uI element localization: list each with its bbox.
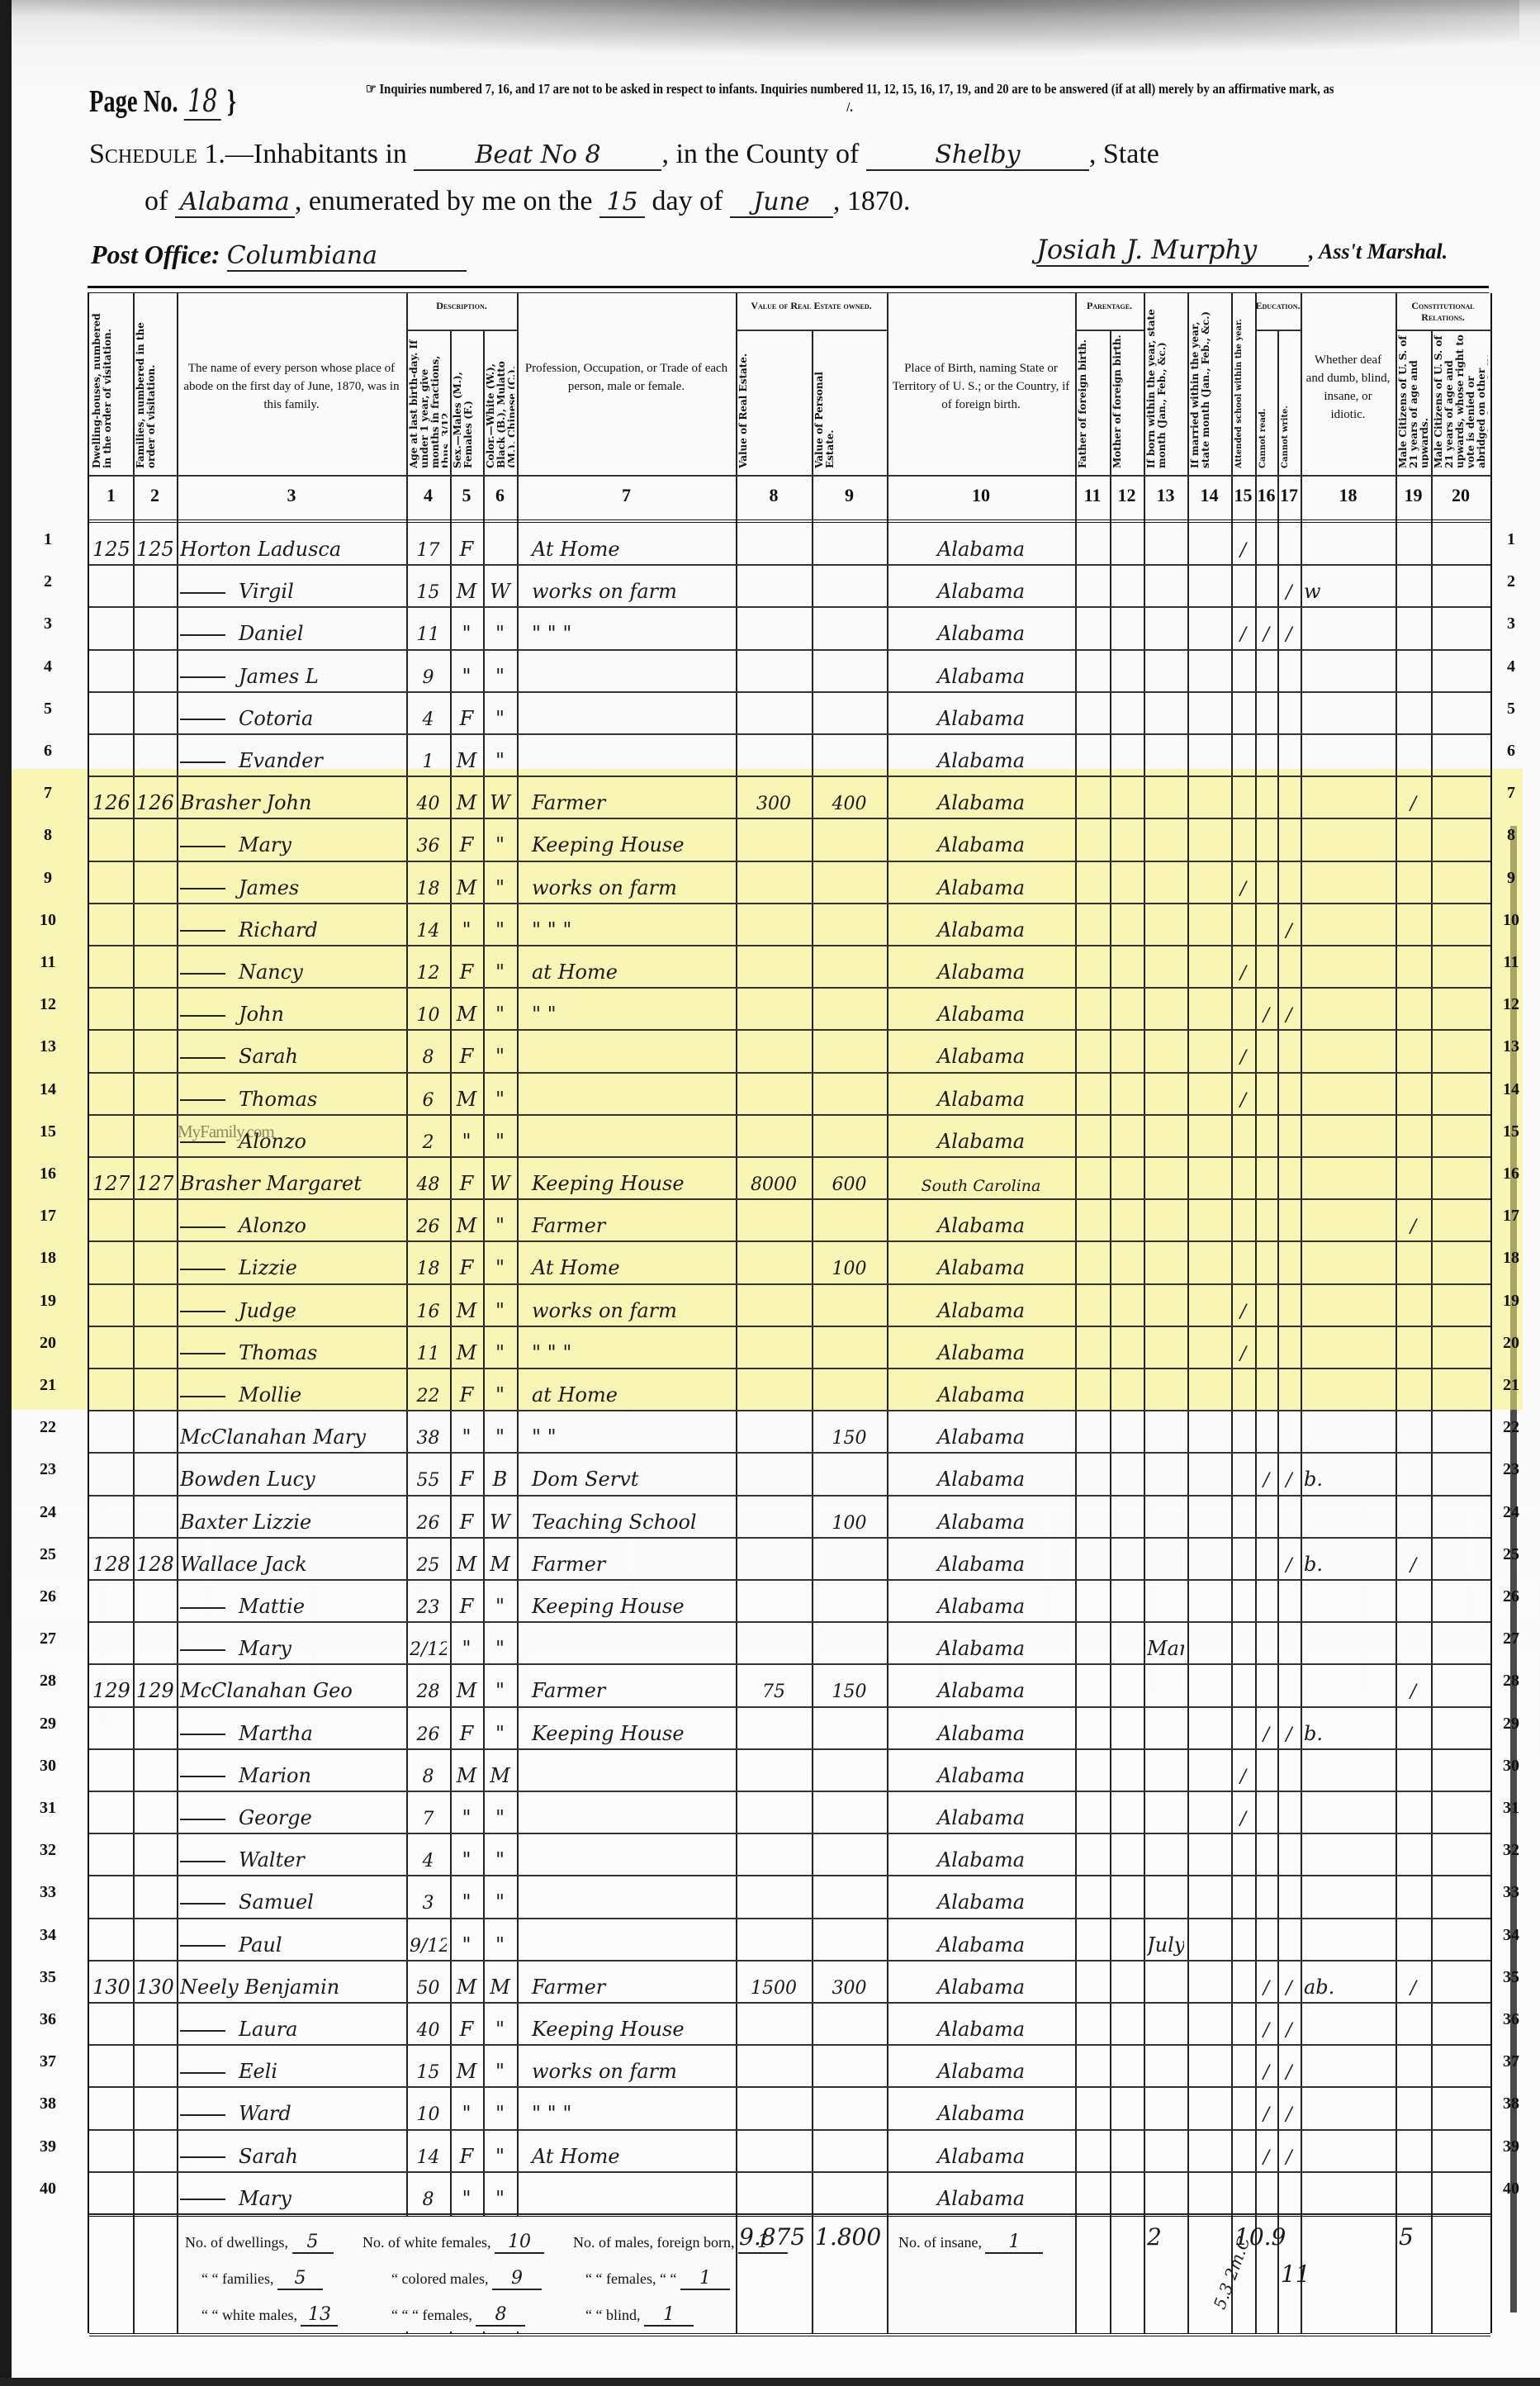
cell-name: Mary bbox=[180, 2187, 403, 2210]
place-value: Beat No 8 bbox=[414, 140, 661, 171]
margin-scrawl: 5.3 2m.C bbox=[1210, 2234, 1254, 2312]
line-number-right: 5 bbox=[1495, 700, 1528, 719]
line-number-left: 29 bbox=[31, 1715, 64, 1734]
given-name: Virgil bbox=[239, 580, 294, 603]
line-number-left: 39 bbox=[31, 2137, 64, 2156]
cell-occupation: " " " bbox=[520, 918, 744, 942]
footer-colored-females-label: “ “ “ females, bbox=[391, 2307, 476, 2323]
cell-birthplace: Alabama bbox=[890, 1806, 1072, 1829]
table-row: 130130Neely Benjamin50MMFarmer1500300Ala… bbox=[89, 1960, 1490, 2002]
cell-name: Mary bbox=[180, 833, 403, 856]
line-number-right: 19 bbox=[1495, 1292, 1528, 1311]
ditto-dash bbox=[180, 761, 225, 763]
line-number-right: 10 bbox=[1495, 911, 1528, 930]
column-number-8: 8 bbox=[736, 485, 812, 506]
footer-white-males-label: “ “ white males, bbox=[201, 2307, 301, 2323]
cell-birthplace: Alabama bbox=[890, 918, 1072, 942]
table-row: Bowden Lucy55FBDom ServtAlabama//b. bbox=[89, 1452, 1490, 1494]
cell-birthplace: Alabama bbox=[890, 1848, 1072, 1871]
ditto-dash bbox=[180, 1861, 225, 1862]
ditto-dash bbox=[180, 634, 225, 636]
line-number-right: 8 bbox=[1495, 826, 1528, 845]
given-name: Marion bbox=[239, 1764, 311, 1787]
line-number-left: 26 bbox=[31, 1587, 64, 1606]
cell-occupation: Dom Servt bbox=[520, 1468, 744, 1491]
cell-sex: " bbox=[453, 1130, 480, 1153]
cell-color: " bbox=[486, 1088, 514, 1111]
given-name: Evander bbox=[239, 749, 323, 772]
day-of-label: day of bbox=[652, 186, 723, 216]
cell-sex: F bbox=[453, 961, 480, 984]
cell-color: " bbox=[486, 1933, 514, 1957]
line-number-left: 8 bbox=[31, 826, 64, 845]
cell-color: " bbox=[486, 2187, 514, 2210]
cell-color: " bbox=[486, 1848, 514, 1871]
colored-females-count: 8 bbox=[476, 2304, 525, 2327]
cell-school: / bbox=[1234, 1090, 1252, 1111]
table-row: Eeli15M"works on farmAlabama// bbox=[89, 2044, 1490, 2086]
given-name: Sarah bbox=[239, 1045, 298, 1068]
cell-occupation: works on farm bbox=[520, 2060, 744, 2083]
column-number-14: 14 bbox=[1187, 485, 1231, 506]
table-row: Richard14""" " "Alabama/ bbox=[89, 903, 1490, 945]
cell-sex: F bbox=[453, 707, 480, 730]
females-foreign-count: 1 bbox=[680, 2268, 730, 2290]
cell-birthplace: Alabama bbox=[890, 622, 1072, 645]
cell-color: " bbox=[486, 1383, 514, 1406]
table-row: Marion8MMAlabama/ bbox=[89, 1748, 1490, 1791]
cell-school: / bbox=[1234, 624, 1252, 645]
line-number-left: 36 bbox=[31, 2010, 64, 2029]
cell-birthplace: Alabama bbox=[890, 1214, 1072, 1237]
cell-color: " bbox=[486, 2145, 514, 2168]
column-header-5: Sex.—Males (M.), Females (F.) bbox=[453, 334, 481, 468]
line-number-right: 9 bbox=[1495, 869, 1528, 888]
cell-color: " bbox=[486, 1679, 514, 1702]
cell-birthplace: Alabama bbox=[890, 833, 1072, 856]
line-number-right: 7 bbox=[1495, 784, 1528, 803]
cell-color: M bbox=[486, 1976, 514, 1999]
cell-school: / bbox=[1234, 1302, 1252, 1322]
group-header-value: Value of Real Estate owned. bbox=[736, 300, 887, 311]
table-row: Thomas6M"Alabama/ bbox=[89, 1072, 1490, 1114]
group-header-description: Description. bbox=[406, 300, 517, 311]
cell-age: 11 bbox=[410, 1344, 447, 1364]
cell-occupation: Farmer bbox=[520, 1214, 744, 1237]
cell-sex: M bbox=[453, 1976, 480, 1999]
families-count: 5 bbox=[277, 2268, 323, 2290]
line-number-right: 30 bbox=[1495, 1757, 1528, 1776]
cell-age: 12 bbox=[410, 963, 447, 984]
table-row: Evander1M"Alabama bbox=[89, 733, 1490, 776]
cell-sex: F bbox=[453, 1383, 480, 1406]
line-number-left: 20 bbox=[31, 1334, 64, 1353]
line-number-right: 32 bbox=[1495, 1841, 1528, 1860]
cell-color: W bbox=[486, 580, 514, 603]
footer-families-label: “ “ families, bbox=[201, 2270, 277, 2287]
cell-color: " bbox=[486, 1341, 514, 1364]
cell-sex: F bbox=[453, 1722, 480, 1745]
cell-occupation: At Home bbox=[520, 1256, 744, 1279]
table-row: 127127Brasher Margaret48FWKeeping House8… bbox=[89, 1156, 1490, 1198]
table-row: Mary36F"Keeping HouseAlabama bbox=[89, 818, 1490, 860]
cell-color: W bbox=[486, 791, 514, 814]
footer-females-foreign: “ “ females, “ “ 1 bbox=[585, 2268, 730, 2290]
cell-personal: 300 bbox=[815, 1978, 884, 1999]
line-number-left: 14 bbox=[31, 1080, 64, 1099]
cell-age: 3 bbox=[410, 1893, 447, 1914]
cell-color: " bbox=[486, 2018, 514, 2041]
schedule-label: Schedule 1. bbox=[89, 139, 225, 169]
cell-born_month: July bbox=[1147, 1933, 1184, 1957]
cell-birthplace: Alabama bbox=[890, 2102, 1072, 2125]
cell-occupation: " " bbox=[520, 1425, 744, 1449]
cell-cannot_read: / bbox=[1258, 1978, 1274, 1999]
cell-color: " bbox=[486, 1256, 514, 1279]
cell-birthplace: Alabama bbox=[890, 1511, 1072, 1534]
page-number-label: Page No. bbox=[89, 84, 178, 119]
column-number-11: 11 bbox=[1075, 485, 1110, 506]
table-row: McClanahan Mary38""" "150Alabama bbox=[89, 1410, 1490, 1452]
footer-colored-females: “ “ “ females, 8 bbox=[391, 2304, 525, 2327]
ditto-dash bbox=[180, 2114, 225, 2116]
footer-females-foreign-label: “ “ females, “ “ bbox=[585, 2270, 680, 2287]
cell-age: 4 bbox=[410, 1851, 447, 1871]
cell-name: Mattie bbox=[180, 1595, 403, 1618]
cell-sex: F bbox=[453, 2018, 480, 2041]
cell-family: 129 bbox=[136, 1679, 173, 1702]
cell-birthplace: Alabama bbox=[890, 2018, 1072, 2041]
ditto-dash bbox=[180, 930, 225, 932]
line-number-left: 23 bbox=[31, 1460, 64, 1479]
cell-name: Wallace Jack bbox=[180, 1553, 403, 1576]
cell-color: " bbox=[486, 918, 514, 942]
line-number-left: 18 bbox=[31, 1249, 64, 1268]
line-number-right: 1 bbox=[1495, 530, 1528, 549]
cell-age: 6 bbox=[410, 1090, 447, 1111]
cell-school: / bbox=[1234, 963, 1252, 984]
given-name: Mary bbox=[239, 2187, 291, 2210]
given-name: Mary bbox=[239, 833, 291, 856]
cell-color: " bbox=[486, 665, 514, 688]
column-header-2: Families, numbered in the order of visit… bbox=[135, 300, 174, 468]
cell-sex: F bbox=[453, 1468, 480, 1491]
cell-sex: M bbox=[453, 749, 480, 772]
table-row: 129129McClanahan Geo28M"Farmer75150Alaba… bbox=[89, 1663, 1490, 1705]
group-underline bbox=[1395, 330, 1490, 331]
cell-name: Thomas bbox=[180, 1088, 403, 1111]
cell-age: 8 bbox=[410, 1767, 447, 1787]
cell-real: 8000 bbox=[739, 1174, 808, 1195]
line-number-left: 34 bbox=[31, 1926, 64, 1945]
cell-personal: 100 bbox=[815, 1513, 884, 1534]
cell-personal: 400 bbox=[815, 794, 884, 814]
line-number-left: 15 bbox=[31, 1122, 64, 1141]
cell-cannot_write: / bbox=[1281, 1005, 1297, 1026]
ditto-dash bbox=[180, 973, 225, 975]
cell-age: 15 bbox=[410, 582, 447, 603]
line-number-right: 27 bbox=[1495, 1629, 1528, 1648]
ditto-dash bbox=[180, 592, 225, 594]
cell-occupation: works on farm bbox=[520, 580, 744, 603]
cell-sex: " bbox=[453, 2187, 480, 2210]
footer-bottom-rule bbox=[89, 2333, 1490, 2336]
cell-name: Sarah bbox=[180, 1045, 403, 1068]
line-number-left: 22 bbox=[31, 1418, 64, 1437]
census-page: Page No. 18 } ☞ Inquiries numbered 7, 16… bbox=[0, 0, 1540, 2386]
cell-name: John bbox=[180, 1003, 403, 1026]
line-number-right: 18 bbox=[1495, 1249, 1528, 1268]
cell-occupation: " " " bbox=[520, 1341, 744, 1364]
ditto-dash bbox=[180, 1649, 225, 1651]
column-header-20: Male Citizens of U. S. of 21 years of ag… bbox=[1433, 334, 1488, 468]
post-office-line: Post Office: Columbiana bbox=[91, 240, 467, 272]
given-name: Eeli bbox=[239, 2060, 277, 2083]
scan-border-left bbox=[0, 0, 12, 2386]
cell-name: Thomas bbox=[180, 1341, 403, 1364]
cell-birthplace: South Carolina bbox=[890, 1177, 1072, 1195]
given-name: Thomas bbox=[239, 1088, 317, 1111]
ditto-dash bbox=[180, 1903, 225, 1905]
line-number-right: 4 bbox=[1495, 657, 1528, 676]
cell-birthplace: Alabama bbox=[890, 1088, 1072, 1111]
ditto-dash bbox=[180, 1099, 225, 1101]
cell-dwelling: 130 bbox=[92, 1976, 130, 1999]
cell-birthplace: Alabama bbox=[890, 876, 1072, 899]
cell-age: 2 bbox=[410, 1132, 447, 1153]
cell-age: 14 bbox=[410, 2147, 447, 2168]
ditto-dash bbox=[180, 1141, 225, 1143]
column-header-18: Whether deaf and dumb, blind, insane, or… bbox=[1305, 351, 1391, 424]
cell-sex: " bbox=[453, 2102, 480, 2125]
cell-school: / bbox=[1234, 1767, 1252, 1787]
cell-age: 40 bbox=[410, 794, 447, 814]
column-header-1: Dwelling-houses, numbered in the order o… bbox=[92, 300, 130, 468]
cell-name: Bowden Lucy bbox=[180, 1468, 403, 1491]
footer-colored-males: “ colored males, 9 bbox=[391, 2268, 542, 2290]
line-number-left: 37 bbox=[31, 2052, 64, 2071]
cell-name: Horton Ladusca bbox=[180, 538, 403, 561]
cell-cannot_write: / bbox=[1281, 1470, 1297, 1491]
cell-cannot_read: / bbox=[1258, 2104, 1274, 2125]
given-name: Alonzo bbox=[239, 1130, 306, 1153]
of-label: of bbox=[145, 186, 168, 216]
cell-school: / bbox=[1234, 1047, 1252, 1068]
cell-sex: F bbox=[453, 2145, 480, 2168]
state-value: Alabama bbox=[175, 187, 295, 218]
line-number-left: 13 bbox=[31, 1037, 64, 1056]
cell-real: 1500 bbox=[739, 1978, 808, 1999]
footer-males-foreign-label: No. of males, foreign born, bbox=[573, 2234, 738, 2251]
line-number-right: 35 bbox=[1495, 1968, 1528, 1987]
ditto-dash bbox=[180, 1607, 225, 1609]
cell-name: Judge bbox=[180, 1299, 403, 1322]
given-name: Laura bbox=[239, 2018, 297, 2041]
cell-dwelling: 125 bbox=[92, 538, 130, 561]
cell-age: 55 bbox=[410, 1470, 447, 1491]
enumerated-label: , enumerated by me on the bbox=[295, 186, 593, 216]
line-number-right: 3 bbox=[1495, 614, 1528, 633]
line-number-left: 31 bbox=[31, 1799, 64, 1818]
ditto-dash bbox=[180, 1734, 225, 1735]
cell-name: Marion bbox=[180, 1764, 403, 1787]
line-number-right: 22 bbox=[1495, 1418, 1528, 1437]
table-row: Thomas11M"" " "Alabama/ bbox=[89, 1326, 1490, 1368]
cell-age: 11 bbox=[410, 624, 447, 645]
cell-deaf: w bbox=[1304, 580, 1392, 603]
ditto-dash bbox=[180, 1269, 225, 1270]
cell-sex: F bbox=[453, 833, 480, 856]
table-row: Paul9/12""AlabamaJuly bbox=[89, 1918, 1490, 1960]
cell-sex: M bbox=[453, 1088, 480, 1111]
cell-family: 127 bbox=[136, 1172, 173, 1195]
line-number-left: 35 bbox=[31, 1968, 64, 1987]
cell-age: 8 bbox=[410, 1047, 447, 1068]
ditto-dash bbox=[180, 1057, 225, 1059]
line-number-right: 36 bbox=[1495, 2010, 1528, 2029]
cell-color: " bbox=[486, 833, 514, 856]
cell-sex: " bbox=[453, 1425, 480, 1449]
footer-blind-label: “ “ blind, bbox=[585, 2307, 644, 2323]
column-number-3: 3 bbox=[177, 485, 406, 506]
cell-age: 48 bbox=[410, 1174, 447, 1195]
column-number-16: 16 bbox=[1255, 485, 1277, 506]
ditto-dash bbox=[180, 888, 225, 889]
line-number-left: 6 bbox=[31, 742, 64, 761]
table-row: Lizzie18F"At Home100Alabama bbox=[89, 1240, 1490, 1283]
cell-cannot_read: / bbox=[1258, 2062, 1274, 2083]
cell-citizen: / bbox=[1399, 1978, 1428, 1999]
cell-name: James bbox=[180, 876, 403, 899]
cell-birthplace: Alabama bbox=[890, 1679, 1072, 1702]
ditto-dash bbox=[180, 2199, 225, 2200]
table-row: Mollie22F"at HomeAlabama bbox=[89, 1368, 1490, 1410]
given-name: James L bbox=[239, 665, 319, 688]
cell-birthplace: Alabama bbox=[890, 1045, 1072, 1068]
cell-sex: F bbox=[453, 538, 480, 561]
cell-birthplace: Alabama bbox=[890, 1383, 1072, 1406]
cell-color: M bbox=[486, 1553, 514, 1576]
cell-cannot_read: / bbox=[1258, 2147, 1274, 2168]
line-number-left: 1 bbox=[31, 530, 64, 549]
column-header-14: If married within the year, state month … bbox=[1190, 300, 1229, 468]
line-number-left: 25 bbox=[31, 1545, 64, 1564]
column-number-12: 12 bbox=[1110, 485, 1144, 506]
ditto-dash bbox=[180, 2156, 225, 2158]
cell-age: 18 bbox=[410, 1259, 447, 1279]
table-row: 128128Wallace Jack25MMFarmerAlabama/b./ bbox=[89, 1537, 1490, 1579]
given-name: Mattie bbox=[239, 1595, 305, 1618]
line-number-left: 33 bbox=[31, 1883, 64, 1902]
cell-cannot_write: / bbox=[1281, 2104, 1297, 2125]
line-number-right: 12 bbox=[1495, 995, 1528, 1014]
cell-occupation: " " " bbox=[520, 2102, 744, 2125]
cell-family: 130 bbox=[136, 1976, 173, 1999]
cell-personal: 150 bbox=[815, 1428, 884, 1449]
table-row: Ward10""" " "Alabama// bbox=[89, 2086, 1490, 2128]
cell-color: " bbox=[486, 1722, 514, 1745]
column-number-2: 2 bbox=[133, 485, 177, 506]
line-number-left: 3 bbox=[31, 614, 64, 633]
ditto-dash bbox=[180, 1353, 225, 1354]
given-name: John bbox=[239, 1003, 284, 1026]
cell-sex: M bbox=[453, 1341, 480, 1364]
given-name: Daniel bbox=[239, 622, 304, 645]
schedule-line: Schedule 1.—Inhabitants in Beat No 8, in… bbox=[89, 139, 1159, 171]
cell-age: 36 bbox=[410, 836, 447, 856]
table-row: George7""Alabama/ bbox=[89, 1791, 1490, 1833]
cell-color: " bbox=[486, 2102, 514, 2125]
table-row: Virgil15MWworks on farmAlabama/w bbox=[89, 564, 1490, 606]
given-name: Mollie bbox=[239, 1383, 301, 1406]
column-number-13: 13 bbox=[1144, 485, 1187, 506]
ditto-dash bbox=[180, 2030, 225, 2032]
county-label: , in the County of bbox=[661, 139, 859, 169]
table-row: Nancy12F"at HomeAlabama/ bbox=[89, 945, 1490, 987]
cell-name: Alonzo bbox=[180, 1214, 403, 1237]
given-name: Martha bbox=[239, 1722, 313, 1745]
cell-name: Brasher John bbox=[180, 791, 403, 814]
footer-insane: No. of insane, 1 bbox=[898, 2232, 1043, 2254]
line-number-left: 32 bbox=[31, 1841, 64, 1860]
table-row: Sarah8F"Alabama/ bbox=[89, 1029, 1490, 1071]
given-name: James bbox=[239, 876, 299, 899]
cell-occupation: At Home bbox=[520, 2145, 744, 2168]
cell-birthplace: Alabama bbox=[890, 1256, 1072, 1279]
cell-occupation: works on farm bbox=[520, 1299, 744, 1322]
table-row: Sarah14F"At HomeAlabama// bbox=[89, 2129, 1490, 2171]
table-row: Baxter Lizzie26FWTeaching School100Alaba… bbox=[89, 1495, 1490, 1537]
cell-color: " bbox=[486, 622, 514, 645]
cell-birthplace: Alabama bbox=[890, 580, 1072, 603]
cell-family: 125 bbox=[136, 538, 173, 561]
cell-age: 26 bbox=[410, 1513, 447, 1534]
cell-name: James L bbox=[180, 665, 403, 688]
cell-color: " bbox=[486, 749, 514, 772]
cell-birthplace: Alabama bbox=[890, 538, 1072, 561]
given-name: Thomas bbox=[239, 1341, 317, 1364]
marshal-signature: Josiah J. Murphy, Ass't Marshal. bbox=[1036, 234, 1448, 267]
cell-occupation: " " bbox=[520, 1003, 744, 1026]
line-number-right: 20 bbox=[1495, 1334, 1528, 1353]
table-row: Alonzo2""Alabama bbox=[89, 1114, 1490, 1156]
given-name: Sarah bbox=[239, 2145, 298, 2168]
line-number-left: 19 bbox=[31, 1292, 64, 1311]
given-name: Walter bbox=[239, 1848, 305, 1871]
ditto-dash bbox=[180, 1015, 225, 1017]
ditto-dash bbox=[180, 1945, 225, 1947]
footer-white-females-label: No. of white females, bbox=[362, 2234, 495, 2251]
column-number-7: 7 bbox=[517, 485, 736, 506]
given-name: Ward bbox=[239, 2102, 291, 2125]
cell-deaf: b. bbox=[1304, 1553, 1392, 1576]
line-number-left: 10 bbox=[31, 911, 64, 930]
cell-occupation: At Home bbox=[520, 538, 744, 561]
footer-colored-males-label: “ colored males, bbox=[391, 2270, 492, 2287]
cell-age: 17 bbox=[410, 540, 447, 561]
cell-sex: M bbox=[453, 876, 480, 899]
cell-birthplace: Alabama bbox=[890, 791, 1072, 814]
cell-name: Mary bbox=[180, 1637, 403, 1660]
cell-age: 7 bbox=[410, 1809, 447, 1829]
cell-birthplace: Alabama bbox=[890, 1468, 1072, 1491]
cell-birthplace: Alabama bbox=[890, 1425, 1072, 1449]
table-row: Walter4""Alabama bbox=[89, 1833, 1490, 1875]
line-number-left: 5 bbox=[31, 700, 64, 719]
ditto-dash bbox=[180, 719, 225, 720]
cell-dwelling: 129 bbox=[92, 1679, 130, 1702]
table-row: Mary8""Alabama bbox=[89, 2171, 1490, 2213]
